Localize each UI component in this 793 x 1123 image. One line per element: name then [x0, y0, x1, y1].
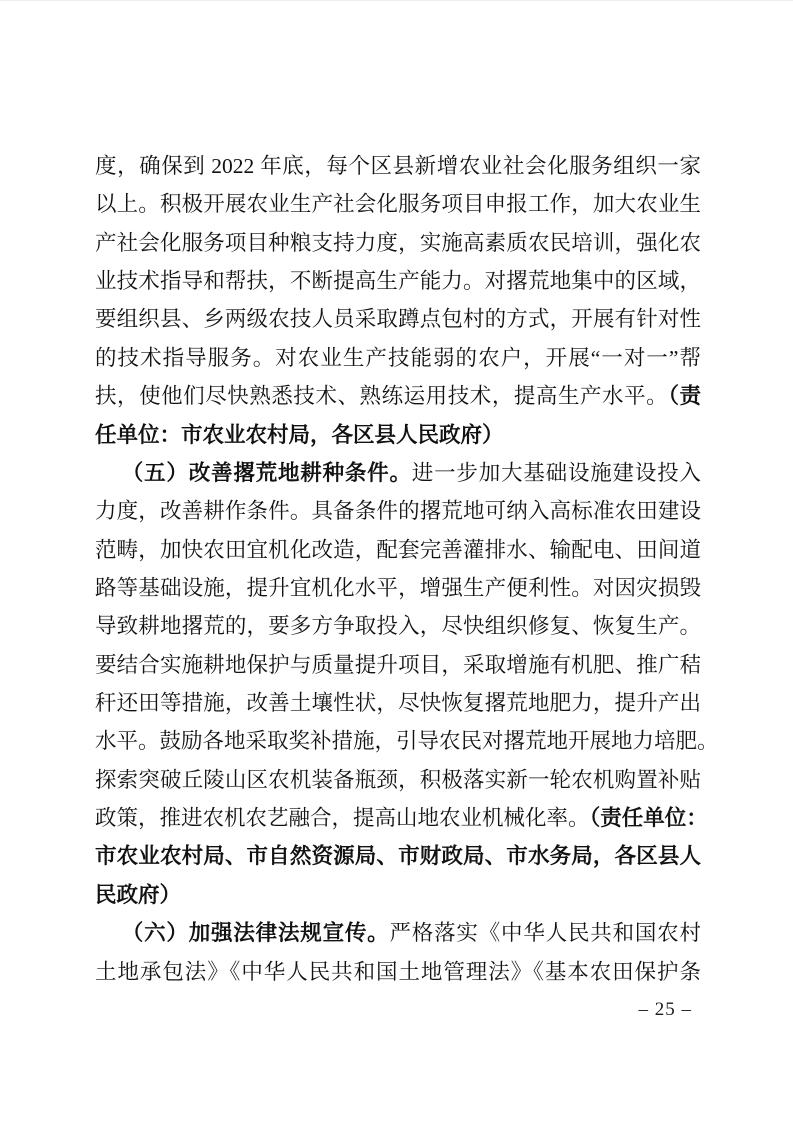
text-segment-bold-serif: （六）加强法律法规宣传。 — [121, 921, 390, 945]
text-segment-body: 的技术指导服务。对农业生产技能弱的农户，开展“一对一”帮 — [95, 346, 701, 370]
text-line: 土地承包法》《中华人民共和国土地管理法》《基本农田保护条 — [95, 953, 701, 991]
document-page: 度，确保到 2022 年底，每个区县新增农业社会化服务组织一家以上。积极开展农业… — [0, 0, 793, 1123]
text-line: 要组织县、乡两级农技人员采取蹲点包村的方式，开展有针对性 — [95, 300, 701, 338]
text-line: 秆还田等措施，改善土壤性状，尽快恢复撂荒地肥力，提升产出 — [95, 684, 701, 722]
text-segment-body: 进一步加大基础设施建设投入 — [412, 461, 701, 485]
text-segment-body: 业技术指导和帮扶，不断提高生产能力。对撂荒地集中的区域， — [95, 269, 701, 293]
text-line: 范畴，加快农田宜机化改造，配套完善灌排水、输配电、田间道 — [95, 531, 701, 569]
text-segment-body: 力度，改善耕作条件。具备条件的撂荒地可纳入高标准农田建设 — [95, 499, 701, 523]
text-segment-bold-sans: 市农业农村局、市自然资源局、市财政局、市水务局，各区县人 — [95, 844, 701, 868]
text-segment-body: 要结合实施耕地保护与质量提升项目，采取增施有机肥、推广秸 — [95, 653, 701, 677]
page-number: – 25 – — [639, 999, 693, 1021]
text-segment-bold-sans: （责任单位： — [590, 806, 708, 830]
text-line: 的技术指导服务。对农业生产技能弱的农户，开展“一对一”帮 — [95, 339, 701, 377]
document-body: 度，确保到 2022 年底，每个区县新增农业社会化服务组织一家以上。积极开展农业… — [95, 147, 701, 991]
text-line: 产社会化服务项目种粮支持力度，实施高素质农民培训，强化农 — [95, 224, 701, 262]
text-segment-body: 严格落实《中华人民共和国农村 — [390, 921, 702, 945]
text-line: 业技术指导和帮扶，不断提高生产能力。对撂荒地集中的区域， — [95, 262, 701, 300]
text-line: 度，确保到 2022 年底，每个区县新增农业社会化服务组织一家 — [95, 147, 701, 185]
text-line: 力度，改善耕作条件。具备条件的撂荒地可纳入高标准农田建设 — [95, 492, 701, 530]
text-segment-body: 秆还田等措施，改善土壤性状，尽快恢复撂荒地肥力，提升产出 — [95, 691, 701, 715]
text-segment-body: 土地承包法》《中华人民共和国土地管理法》《基本农田保护条 — [95, 960, 701, 984]
text-line: 民政府） — [95, 876, 701, 914]
text-segment-bold-serif: （五）改善撂荒地耕种条件。 — [121, 461, 412, 485]
first-line-indent — [95, 939, 121, 940]
text-segment-body: 以上。积极开展农业生产社会化服务项目申报工作，加大农业生 — [95, 192, 701, 216]
text-segment-body: 水平。鼓励各地采取奖补措施，引导农民对撂荒地开展地力培肥。 — [95, 729, 719, 753]
text-line: 水平。鼓励各地采取奖补措施，引导农民对撂荒地开展地力培肥。 — [95, 722, 701, 760]
text-segment-body: 范畴，加快农田宜机化改造，配套完善灌排水、输配电、田间道 — [95, 538, 701, 562]
text-line: （六）加强法律法规宣传。严格落实《中华人民共和国农村 — [95, 914, 701, 952]
text-segment-body: 扶，使他们尽快熟悉技术、熟练运用技术，提高生产水平。 — [95, 384, 668, 408]
text-segment-body: 导致耕地撂荒的，要多方争取投入，尽快组织修复、恢复生产。 — [95, 614, 701, 638]
text-line: 政策，推进农机农艺融合，提高山地农业机械化率。（责任单位： — [95, 799, 701, 837]
text-line: 以上。积极开展农业生产社会化服务项目申报工作，加大农业生 — [95, 185, 701, 223]
text-line: 市农业农村局、市自然资源局、市财政局、市水务局，各区县人 — [95, 837, 701, 875]
text-segment-body: 度，确保到 2022 年底，每个区县新增农业社会化服务组织一家 — [95, 154, 701, 178]
text-segment-bold-sans: 任单位：市农业农村局，各区县人民政府） — [95, 423, 504, 447]
text-line: 任单位：市农业农村局，各区县人民政府） — [95, 416, 701, 454]
text-segment-body: 路等基础设施，提升宜机化水平，增强生产便利性。对因灾损毁 — [95, 576, 701, 600]
text-segment-body: 要组织县、乡两级农技人员采取蹲点包村的方式，开展有针对性 — [95, 307, 701, 331]
text-line: 导致耕地撂荒的，要多方争取投入，尽快组织修复、恢复生产。 — [95, 607, 701, 645]
text-line: 探索突破丘陵山区农机装备瓶颈，积极落实新一轮农机购置补贴 — [95, 761, 701, 799]
text-line: （五）改善撂荒地耕种条件。进一步加大基础设施建设投入 — [95, 454, 701, 492]
text-line: 要结合实施耕地保护与质量提升项目，采取增施有机肥、推广秸 — [95, 646, 701, 684]
text-segment-body: 政策，推进农机农艺融合，提高山地农业机械化率。 — [95, 806, 590, 830]
text-segment-bold-sans: （责 — [668, 384, 701, 408]
text-segment-bold-sans: 民政府） — [95, 883, 181, 907]
text-line: 路等基础设施，提升宜机化水平，增强生产便利性。对因灾损毁 — [95, 569, 701, 607]
text-segment-body: 产社会化服务项目种粮支持力度，实施高素质农民培训，强化农 — [95, 231, 701, 255]
text-line: 扶，使他们尽快熟悉技术、熟练运用技术，提高生产水平。（责 — [95, 377, 701, 415]
first-line-indent — [95, 479, 121, 480]
text-segment-body: 探索突破丘陵山区农机装备瓶颈，积极落实新一轮农机购置补贴 — [95, 768, 701, 792]
